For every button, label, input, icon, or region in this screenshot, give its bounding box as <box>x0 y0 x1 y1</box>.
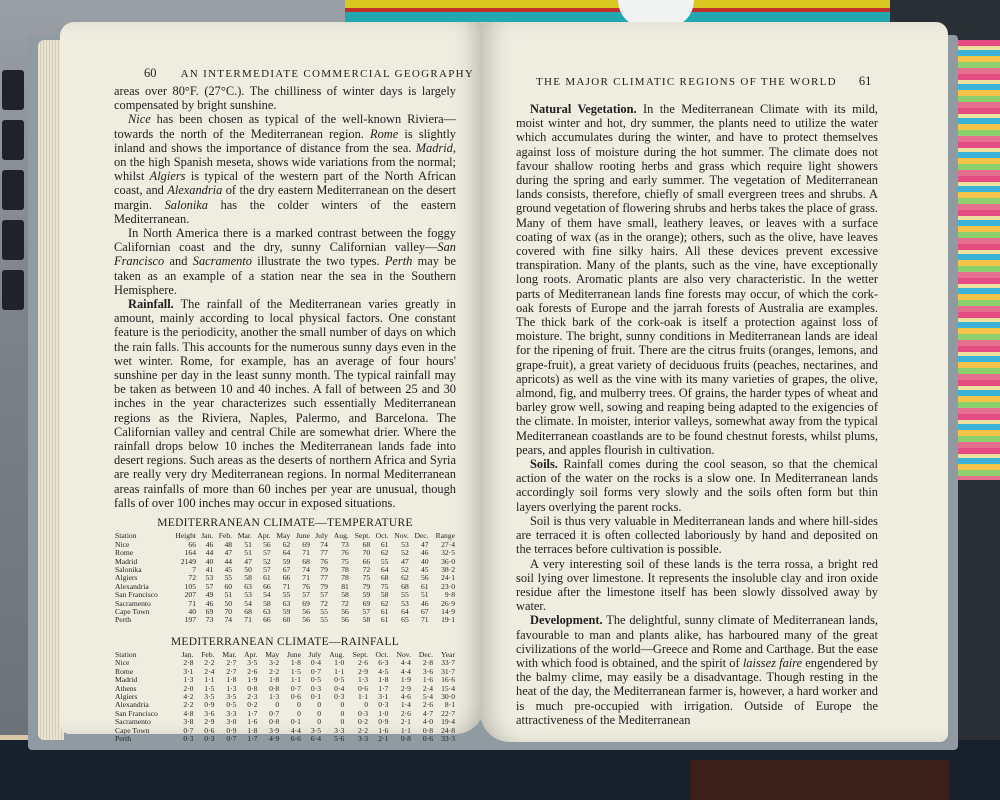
table-cell: 61 <box>371 616 389 624</box>
section-heading-soils: Soils. <box>530 457 558 471</box>
paragraph: A very interesting soil of these lands i… <box>516 557 878 614</box>
table-cell: 0·6 <box>412 735 434 743</box>
paragraph: In North America there is a marked contr… <box>114 226 456 297</box>
right-page-number: 61 <box>859 74 872 88</box>
table-cell: 19·1 <box>430 616 456 624</box>
table-cell: 4·9 <box>258 735 280 743</box>
right-body-text: Natural Vegetation. In the Mediterranean… <box>516 102 878 727</box>
table-cell: 73 <box>197 616 214 624</box>
table-cell: 71 <box>410 616 430 624</box>
table-cell: 65 <box>389 616 409 624</box>
left-running-head-title: AN INTERMEDIATE COMMERCIAL GEOGRAPHY <box>181 68 475 80</box>
left-page: 60 AN INTERMEDIATE COMMERCIAL GEOGRAPHY … <box>60 22 485 734</box>
table-cell: 60 <box>272 616 292 624</box>
section-heading-development: Development. <box>530 613 603 627</box>
rainfall-table-title: MEDITERRANEAN CLIMATE—RAINFALL <box>114 635 456 649</box>
table-cell: 3·3 <box>345 735 369 743</box>
paragraph: areas over 80°F. (27°C.). The chilliness… <box>114 84 456 112</box>
table-cell: 0·3 <box>175 735 194 743</box>
table-cell: 5·6 <box>322 735 345 743</box>
table-cell: 2·1 <box>369 735 389 743</box>
table-cell: 0·3 <box>194 735 215 743</box>
paragraph-soils: Soils. Rainfall comes during the cool se… <box>516 457 878 514</box>
section-heading-rainfall: Rainfall. <box>128 297 174 311</box>
section-heading-natural-vegetation: Natural Vegetation. <box>530 102 637 116</box>
right-running-head-title: THE MAJOR CLIMATIC REGIONS OF THE WORLD <box>536 76 837 88</box>
table-cell: 74 <box>214 616 233 624</box>
table-cell: 197 <box>169 616 197 624</box>
temperature-table-title: MEDITERRANEAN CLIMATE—TEMPERATURE <box>114 516 456 530</box>
left-running-head: 60 AN INTERMEDIATE COMMERCIAL GEOGRAPHY <box>144 66 474 81</box>
table-cell: 56 <box>329 616 350 624</box>
table-row: Perth19773747166605655565861657119·1 <box>114 616 456 624</box>
table-cell: 33·3 <box>434 735 456 743</box>
temperature-table: StationHeightJan.Feb.Mar.Apr.MayJuneJuly… <box>114 532 456 624</box>
paragraph-development: Development. The delightful, sunny clima… <box>516 613 878 727</box>
table-cell: 0·7 <box>215 735 237 743</box>
station-name: Perth <box>114 616 169 624</box>
paragraph-natural-vegetation: Natural Vegetation. In the Mediterranean… <box>516 102 878 457</box>
table-cell: 66 <box>253 616 272 624</box>
table-cell: 6·6 <box>280 735 302 743</box>
table-cell: 0·8 <box>389 735 412 743</box>
table-row: Perth0·30·30·71·74·96·66·45·63·32·10·80·… <box>114 735 456 743</box>
paragraph-rainfall: Rainfall. The rainfall of the Mediterran… <box>114 297 456 510</box>
table-cell: 58 <box>350 616 371 624</box>
table-cell: 1·7 <box>237 735 258 743</box>
table-cell: 6·4 <box>302 735 322 743</box>
station-name: Perth <box>114 735 175 743</box>
table-cell: 56 <box>291 616 311 624</box>
rainfall-table: StationJan.Feb.Mar.Apr.MayJuneJulyAug.Se… <box>114 651 456 743</box>
table-surface-brown <box>690 760 950 800</box>
right-page: THE MAJOR CLIMATIC REGIONS OF THE WORLD … <box>480 22 948 742</box>
table-cell: 71 <box>233 616 253 624</box>
left-page-number: 60 <box>144 66 157 80</box>
table-cell: 55 <box>311 616 329 624</box>
right-running-head: THE MAJOR CLIMATIC REGIONS OF THE WORLD … <box>536 74 871 89</box>
left-body-text: areas over 80°F. (27°C.). The chilliness… <box>114 84 456 743</box>
paragraph: Soil is thus very valuable in Mediterran… <box>516 514 878 557</box>
paragraph: Nice has been chosen as typical of the w… <box>114 112 456 226</box>
